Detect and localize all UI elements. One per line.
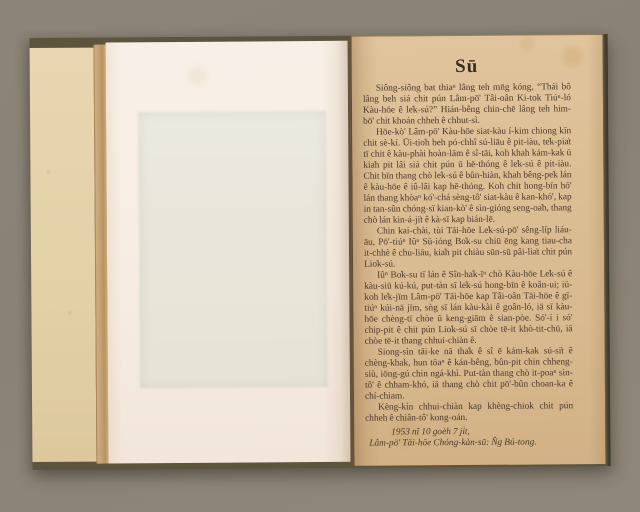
- preface-paragraph: Kèng-kín chhui-chiàn kap khèng-chiok chi…: [365, 401, 573, 424]
- preface-paragraph: Iûⁿ Bo̍k-su tī lán ê Sîn-ha̍k-īⁿ chò Kàu…: [364, 269, 573, 347]
- preface-paragraph: Chin kai-chài, tùi Tāi-hōe Le̍k-sú-pō' s…: [364, 225, 572, 270]
- image-showthrough: [138, 111, 328, 388]
- open-book: Sū Siông-siông bat thiaⁿ lâng teh mn̄g k…: [29, 34, 610, 470]
- preface-paragraph: Hōe-kò' Lâm-pō' Kàu-hōe siat-kàu í-kim c…: [363, 126, 572, 226]
- preface-paragraph: Siông-siông bat thiaⁿ lâng teh mn̄g kóng…: [363, 82, 571, 127]
- preface-text-column: Sū Siông-siông bat thiaⁿ lâng teh mn̄g k…: [362, 35, 573, 461]
- right-text-page: Sū Siông-siông bat thiaⁿ lâng teh mn̄g k…: [351, 34, 605, 466]
- page-stack-edge: [30, 48, 97, 462]
- photo-background: Sū Siông-siông bat thiaⁿ lâng teh mn̄g k…: [0, 0, 640, 512]
- signature-line: Lâm-pō' Tāi-hōe Chóng-kàn-sū: N̂g Bú-ton…: [365, 437, 573, 449]
- preface-paragraph: Siong-sìn tāi-ke nā tha̍k ê sî ē kám-kak…: [365, 346, 573, 402]
- left-blank-page: [106, 41, 351, 464]
- page-title: Sū: [363, 55, 571, 78]
